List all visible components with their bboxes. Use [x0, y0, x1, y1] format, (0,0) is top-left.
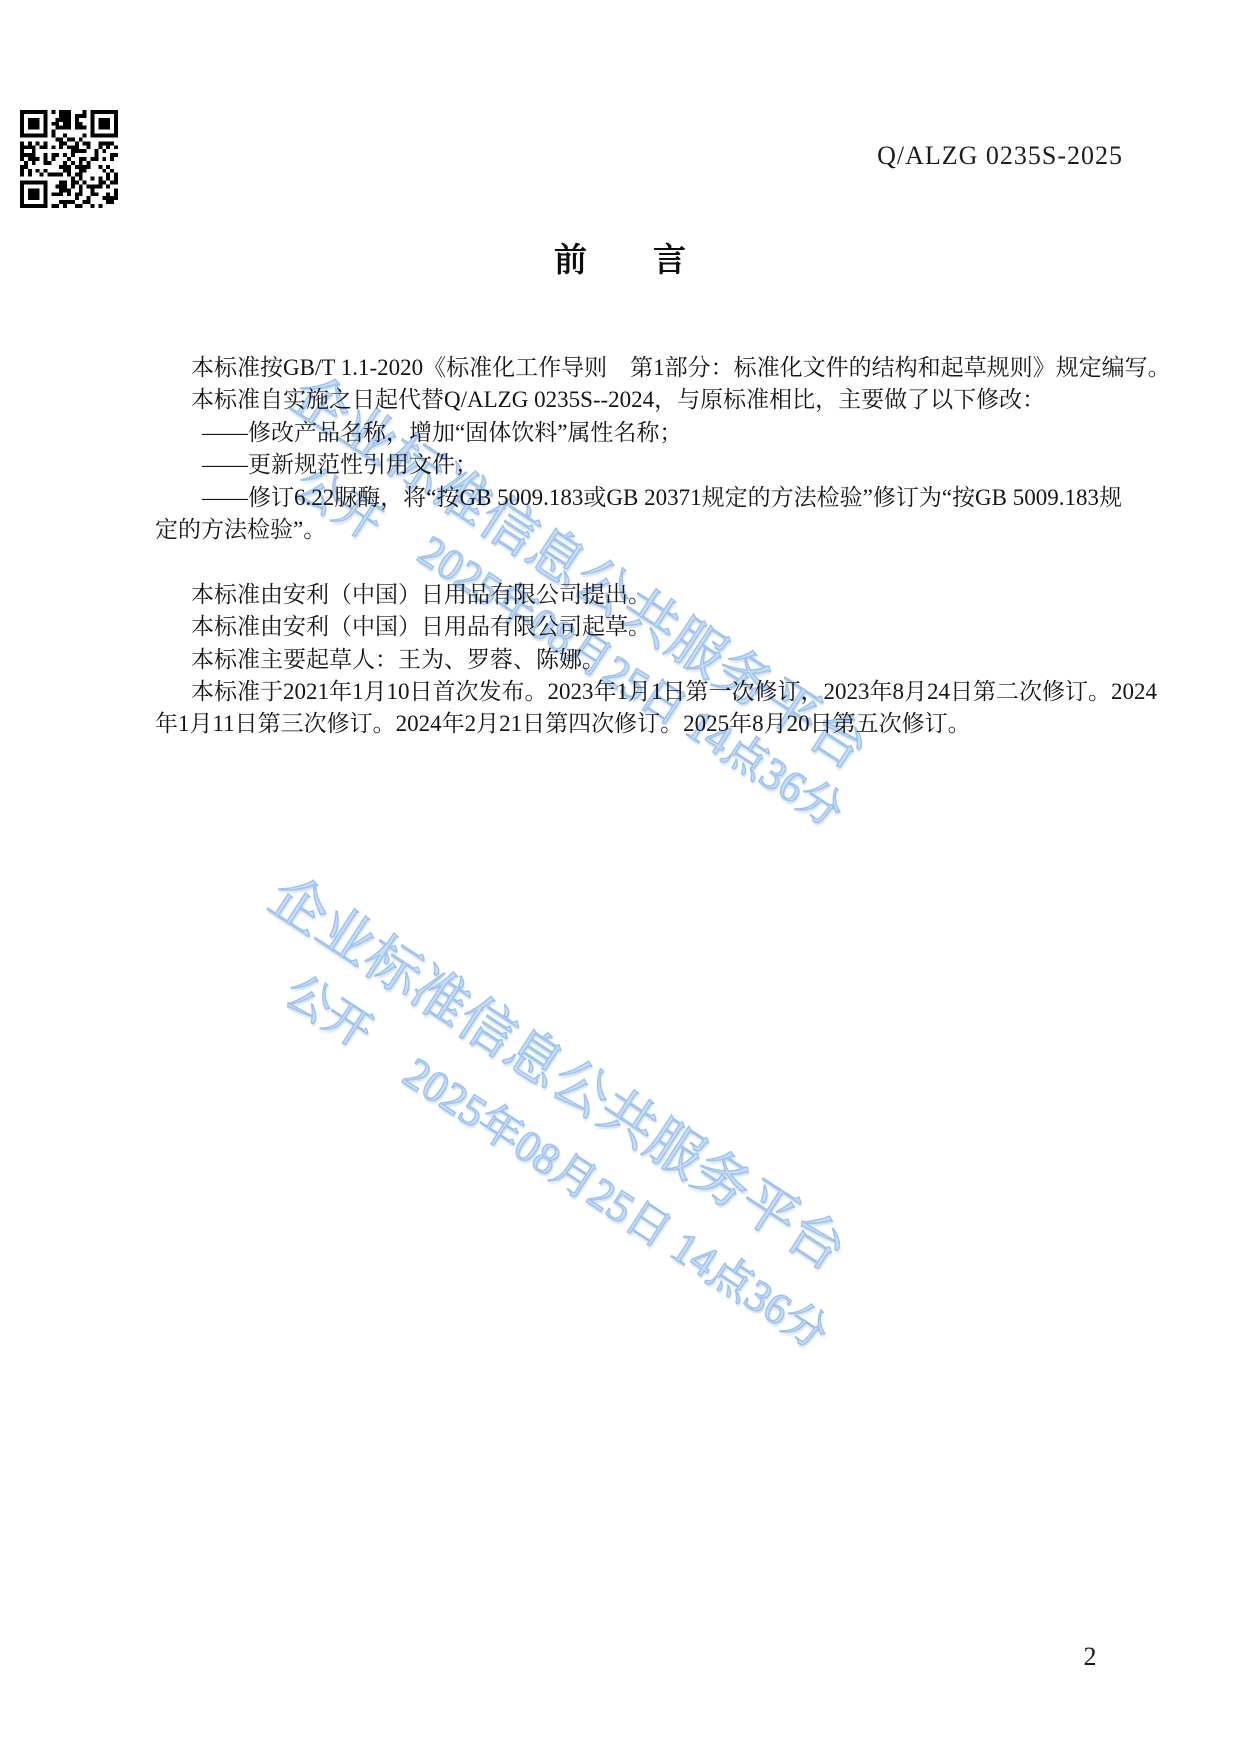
qr-code-icon	[20, 110, 118, 208]
body-line: 本标准由安利（中国）日用品有限公司起草。	[155, 611, 1123, 643]
body-line: 本标准于2021年1月10日首次发布。2023年1月1日第一次修订，2023年8…	[155, 676, 1123, 708]
watermark-visibility-text: 公开	[274, 956, 387, 1061]
standard-document-page: Q/ALZG 0235S-2025 前 言 企业标准信息公共服务平台 公开 20…	[0, 0, 1240, 1753]
body-line: 本标准自实施之日起代替Q/ALZG 0235S--2024，与原标准相比，主要做…	[155, 384, 1123, 416]
body-line: 本标准按GB/T 1.1-2020《标准化工作导则 第1部分：标准化文件的结构和…	[155, 352, 1123, 384]
blank-line	[155, 546, 1123, 578]
watermark-timestamp-text: 2025年08月25日 14点36分	[393, 1038, 843, 1361]
page-number: 2	[1040, 1642, 1140, 1672]
body-line: ——修改产品名称，增加“固体饮料”属性名称；	[155, 417, 1123, 449]
foreword-body: 本标准按GB/T 1.1-2020《标准化工作导则 第1部分：标准化文件的结构和…	[155, 352, 1123, 741]
page-title: 前 言	[0, 234, 1240, 281]
document-number: Q/ALZG 0235S-2025	[823, 141, 1123, 171]
body-line: 年1月11日第三次修订。2024年2月21日第四次修订。2025年8月20日第五…	[155, 708, 1123, 740]
watermark-platform-text: 企业标准信息公共服务平台	[256, 853, 863, 1286]
body-line: 本标准主要起草人：王为、罗蓉、陈娜。	[155, 644, 1123, 676]
body-line: ——修订6.22脲酶，将“按GB 5009.183或GB 20371规定的方法检…	[155, 482, 1123, 514]
body-line: 定的方法检验”。	[155, 514, 1123, 546]
body-line: 本标准由安利（中国）日用品有限公司提出。	[155, 579, 1123, 611]
body-line: ——更新规范性引用文件；	[155, 449, 1123, 481]
